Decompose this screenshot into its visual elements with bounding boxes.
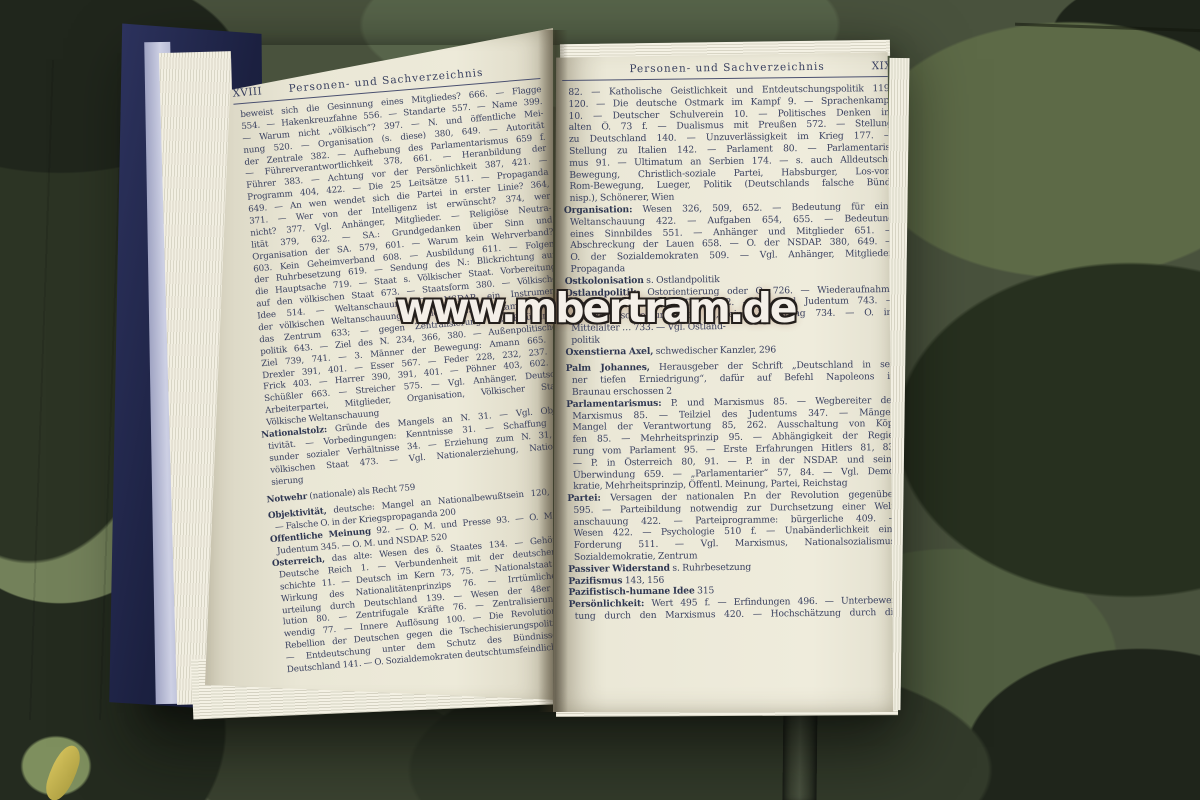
left-index-text: beweist sich die Gesinnung eines Mitglie… [234,85,553,678]
right-page-content: Personen- und Sachverzeichnis XIX 82. — … [562,60,898,623]
index-headword: Palm Johannes, [566,362,650,374]
header-spacer [496,74,540,78]
left-page-content: XVIII Personen- und Sachverzeichnis bewe… [232,62,553,678]
photo-scene: XVIII Personen- und Sachverzeichnis bewe… [0,0,1200,800]
book-gutter-shadow [538,30,568,712]
index-headword: Oxenstierna Axel, [565,345,653,357]
index-headword: Pazifismus [568,575,622,587]
right-index-text: 82. — Katholische Geistlichkeit und Entd… [562,83,898,623]
fabric-seam [1015,23,1200,33]
index-headword: Notwehr [266,491,307,504]
index-headword: Persönlichkeit: [569,598,645,610]
header-spacer [562,75,606,76]
watermark: www.mbertram.de [396,284,796,332]
right-running-header: Personen- und Sachverzeichnis XIX [562,60,892,81]
right-page: Personen- und Sachverzeichnis XIX 82. — … [552,40,898,716]
left-page: XVIII Personen- und Sachverzeichnis bewe… [205,28,553,708]
index-headword: Parlamentarismus: [566,398,661,410]
right-page-number: XIX [848,60,892,73]
index-headword: Passiver Widerstand [568,563,670,575]
index-headword: Organisation: [564,204,633,216]
index-headword: Partei: [567,493,601,504]
right-running-title: Personen- und Sachverzeichnis [606,61,848,76]
index-headword: Pazifistisch-humane Idee [568,586,694,599]
